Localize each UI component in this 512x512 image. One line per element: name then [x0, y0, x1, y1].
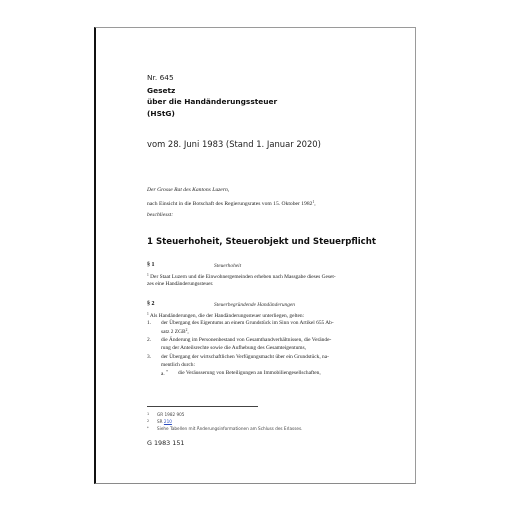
list-item-label: 1. [147, 320, 151, 326]
section-number: § 2 [147, 301, 155, 307]
collection-code: G 1983 151 [147, 439, 184, 447]
law-date-status: vom 28. Juni 1983 (Stand 1. Januar 2020) [147, 139, 321, 149]
list-item-line: der Übergang des Eigentums an einem Grun… [161, 320, 334, 326]
footnote: 1GR 1982 905 [147, 412, 184, 417]
list-item-line: mentlich durch: [161, 362, 195, 368]
section-paragraph-line: 1 Der Staat Luzern und die Einwohnergeme… [147, 273, 336, 280]
sub-item-label: a. * [161, 370, 168, 377]
section-title: Steuerbegründende Handänderungen [214, 302, 295, 308]
law-title-abbreviation: (HStG) [147, 109, 175, 118]
list-item-line: die Änderung im Personenbestand von Gesa… [161, 337, 331, 343]
section-paragraph-line: zes eine Handänderungssteuer. [147, 281, 213, 287]
sub-item-text: die Veräusserung von Beteiligungen an Im… [178, 370, 321, 376]
list-item-line: der Übergang der wirtschaftlichen Verfüg… [161, 354, 329, 360]
preamble-consideration: nach Einsicht in die Botschaft des Regie… [147, 200, 316, 207]
list-item-label: 3. [147, 354, 151, 360]
section-number: § 1 [147, 262, 155, 268]
law-title-line-1: Gesetz [147, 86, 175, 95]
sr-link[interactable]: 210 [164, 419, 172, 424]
footnote: *Siehe Tabellen mit Änderungsinformation… [147, 426, 302, 431]
list-item-line: rung der Anteilsrechte sowie die Aufhebu… [161, 345, 306, 351]
footnote-separator [147, 406, 258, 407]
preamble-authority: Der Grosse Rat des Kantons Luzern, [147, 187, 229, 193]
footnote: 2SR 210 [147, 419, 172, 424]
law-title-line-2: über die Handänderungssteuer [147, 97, 277, 106]
list-item-label: 2. [147, 337, 151, 343]
list-item-line: satz 2 ZGB2, [161, 328, 189, 335]
section-title: Steuerhoheit [214, 263, 241, 269]
section-intro: 1 Als Handänderungen, die der Handänderu… [147, 312, 304, 319]
preamble-resolution: beschliesst: [147, 212, 173, 218]
document-page: Nr. 645 Gesetz über die Handänderungsste… [94, 27, 416, 484]
law-number: Nr. 645 [147, 73, 174, 82]
chapter-heading: 1 Steuerhoheit, Steuerobjekt und Steuerp… [147, 237, 376, 247]
